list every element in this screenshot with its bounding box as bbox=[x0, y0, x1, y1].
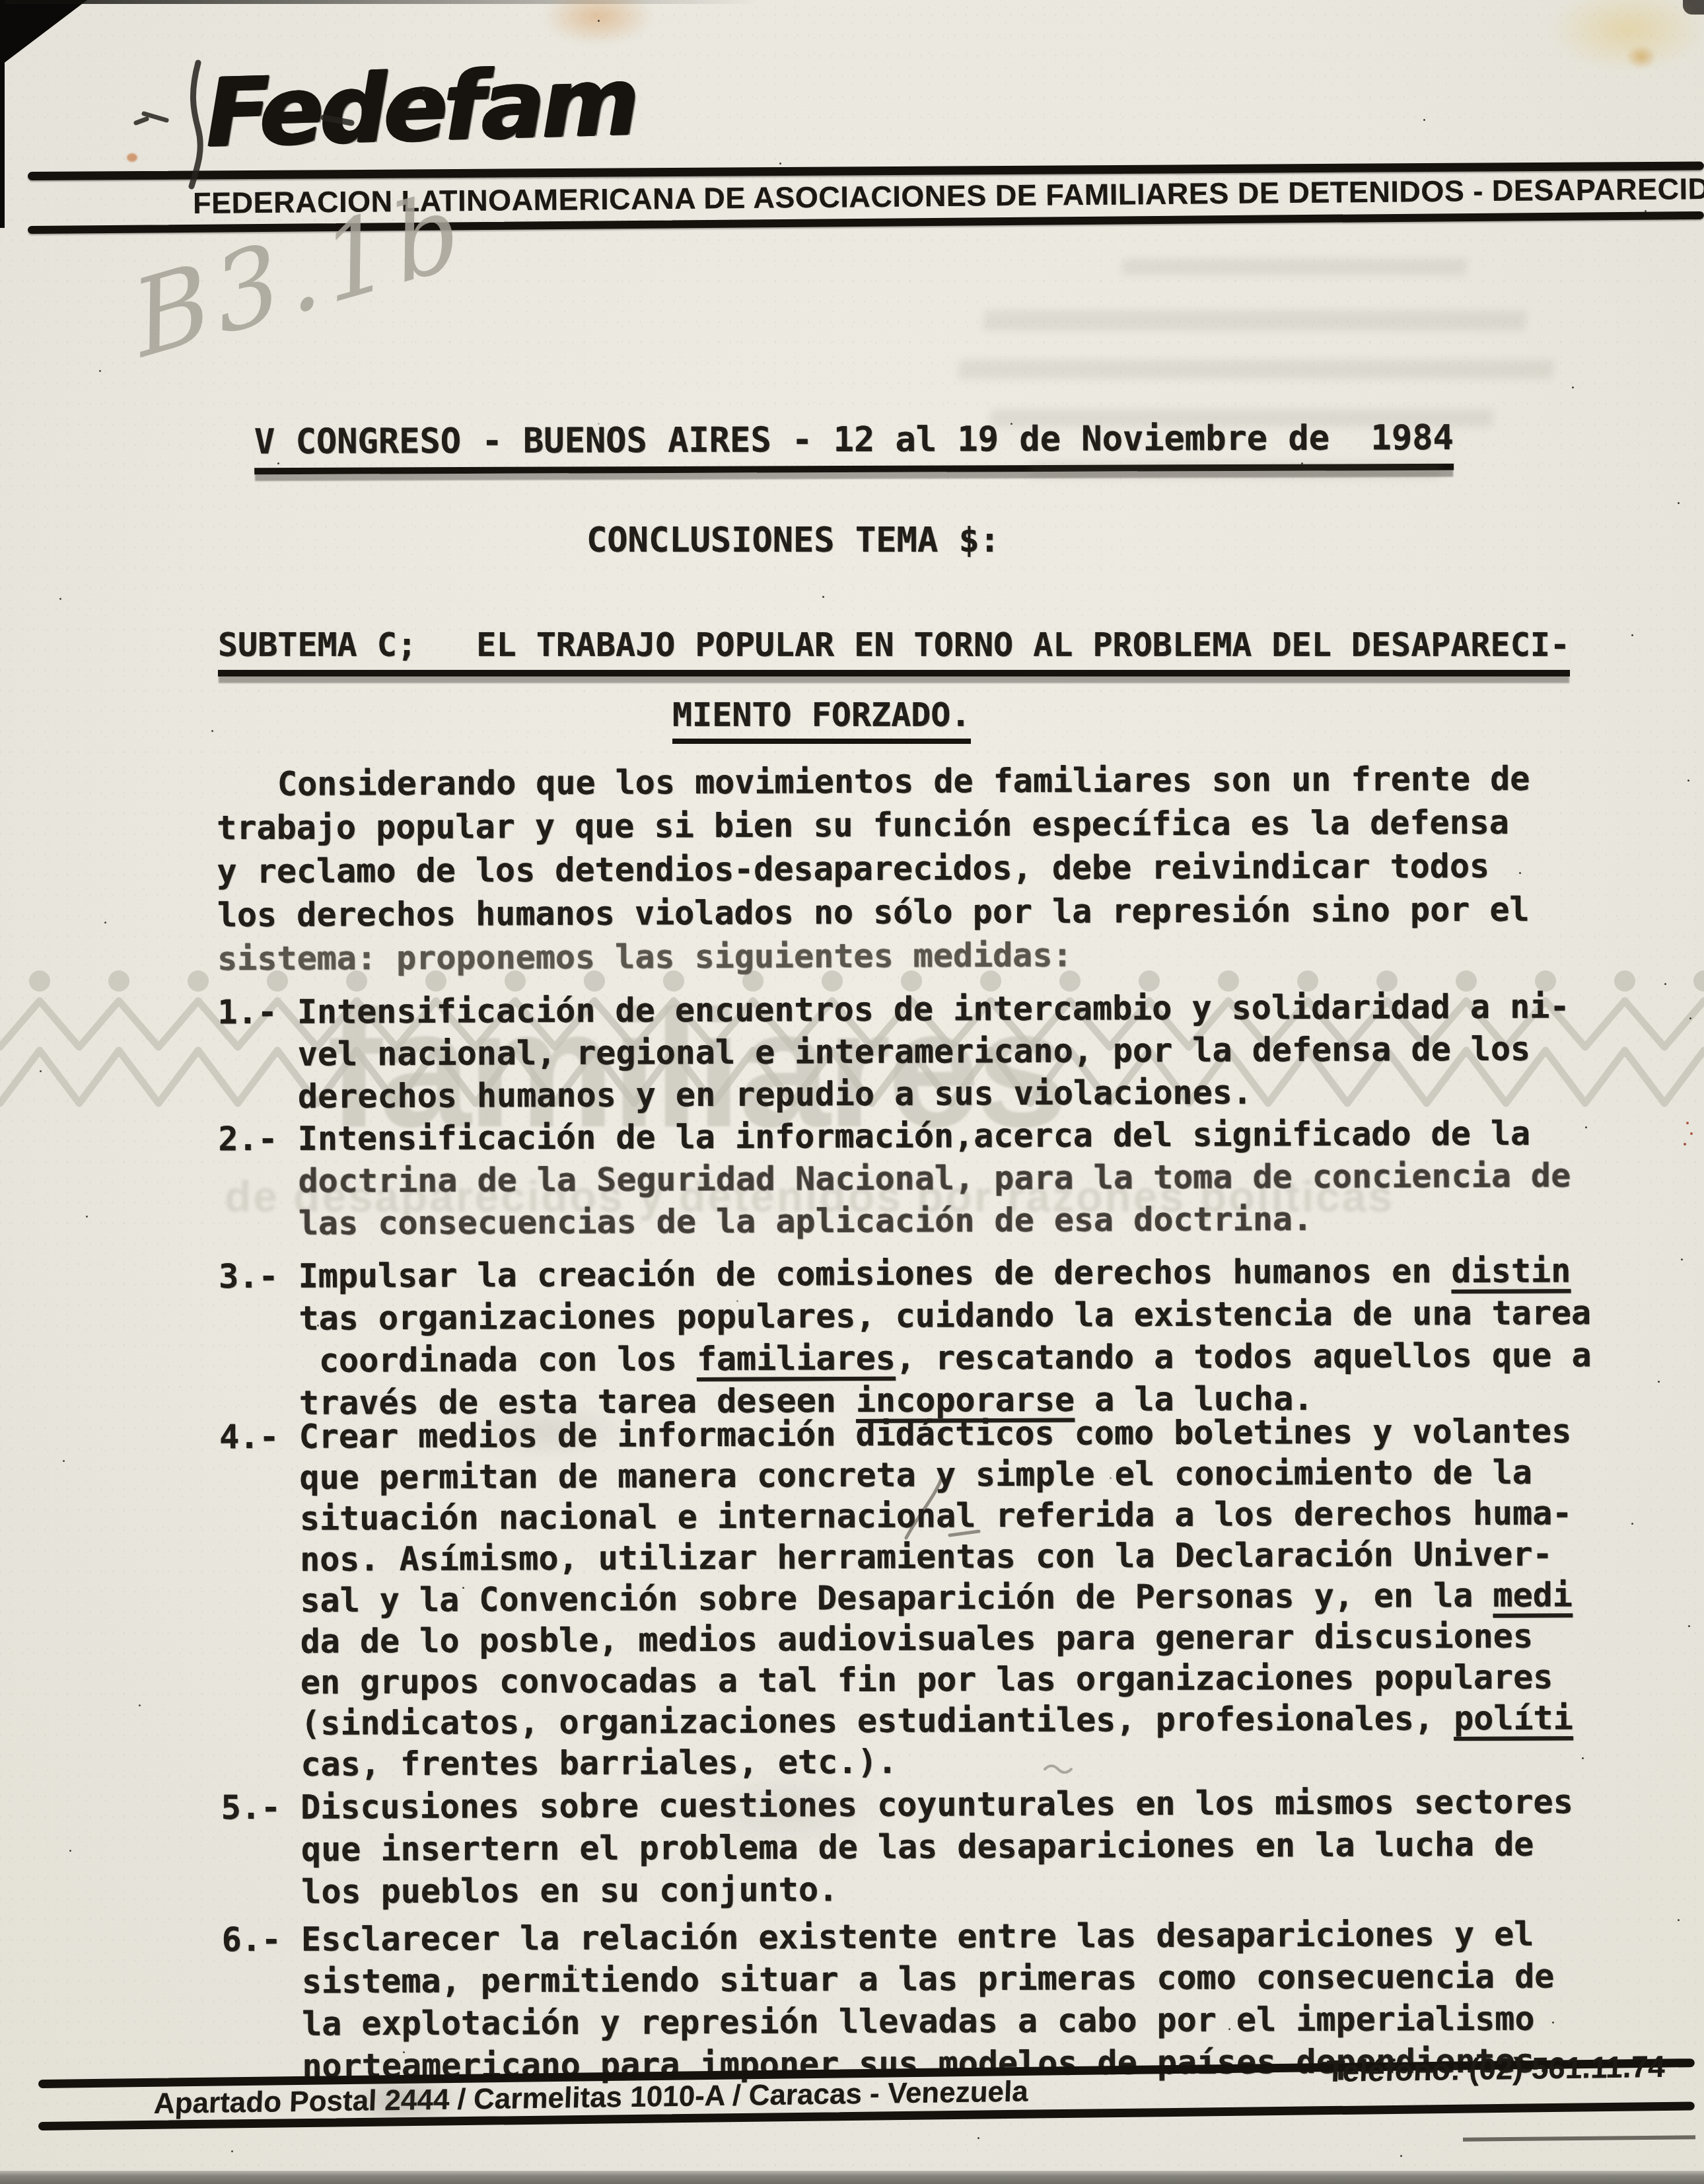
item-3-line: coordinada con los familiares, rescatand… bbox=[299, 1334, 1592, 1382]
scan-edge-bottom bbox=[0, 2171, 1704, 2184]
item-4-line: da de lo posble, medios audiovisuales pa… bbox=[300, 1615, 1573, 1661]
scanned-document-page: familiares de desaparecidos y detenidos … bbox=[0, 0, 1704, 2184]
item-4-line: cas, frentes barriales, etc.). bbox=[301, 1738, 1573, 1784]
bleedthrough-ghost-line bbox=[990, 410, 1493, 427]
item-1-line: 1.- Intensificación de encuentros de int… bbox=[297, 985, 1569, 1033]
item-2: 2.- Intensificación de la información,ac… bbox=[218, 1112, 1571, 1245]
item-2-line: 2.- Intensificación de la información,ac… bbox=[298, 1112, 1571, 1159]
item-1-line: derechos humanos y en repudio a sus viol… bbox=[298, 1070, 1570, 1117]
item-4-line: nos. Asímismo, utilizar herramientas con… bbox=[300, 1533, 1573, 1580]
small-stain-spot bbox=[1626, 45, 1656, 69]
item-4-line: sal y la Convención sobre Desaparición d… bbox=[300, 1574, 1573, 1620]
bleedthrough-ghost-line bbox=[983, 310, 1526, 330]
item-4-line: situación nacional e internacional refer… bbox=[300, 1492, 1573, 1539]
item-4-line: (sindicatos, organizaciones estudiantile… bbox=[301, 1697, 1573, 1743]
bleedthrough-ghost-line bbox=[1030, 462, 1440, 478]
item-5-line: los pueblos en su conjunto. bbox=[301, 1865, 1573, 1912]
footer-phone: Teléfono: (02) 561.11.74 bbox=[1326, 2049, 1666, 2089]
item-2-line: doctrina de la Seguridad Nacional, para … bbox=[298, 1154, 1571, 1202]
red-ink-specks bbox=[0, 0, 3, 3]
item-5-line: que insertern el problema de las desapar… bbox=[301, 1823, 1573, 1870]
item-5-line: 5.- Discusiones sobre cuestiones coyuntu… bbox=[301, 1780, 1573, 1828]
item-6-line: la explotación y represión llevadas a ca… bbox=[302, 1997, 1555, 2045]
item-6-line: 6.- Esclarecer la relación existente ent… bbox=[301, 1912, 1554, 1960]
item-3: 3.- Impulsar la creación de comisiones d… bbox=[219, 1249, 1592, 1424]
intro-line: sistema: proponemos las siguientes medid… bbox=[217, 931, 1531, 981]
item-4-line: que permitan de manera concreta y simple… bbox=[299, 1451, 1572, 1498]
item-4-line: 4.- Crear medios de información didáctic… bbox=[299, 1410, 1572, 1457]
item-4-line: en grupos convocadas a tal fin por las o… bbox=[301, 1656, 1573, 1702]
intro-line: trabajo popular y que si bien su función… bbox=[217, 801, 1530, 850]
bleedthrough-ghost-line bbox=[958, 360, 1554, 379]
item-1-line: vel nacional, regional e interamericano,… bbox=[298, 1027, 1570, 1075]
intro-line: los derechos humanos violados no sólo po… bbox=[217, 888, 1531, 937]
item-1: 1.- Intensificación de encuentros de int… bbox=[217, 985, 1570, 1118]
item-3-line: tas organizaciones populares, cuidando l… bbox=[299, 1292, 1591, 1340]
intro: Considerando que los movimientos de fami… bbox=[217, 757, 1531, 981]
orange-dot bbox=[127, 153, 137, 162]
item-3-line: 3.- Impulsar la creación de comisiones d… bbox=[299, 1249, 1591, 1297]
intro-line: Considerando que los movimientos de fami… bbox=[217, 757, 1530, 807]
item-2-line: las consecuencias de la aplicación de es… bbox=[299, 1196, 1571, 1244]
item-5: 5.- Discusiones sobre cuestiones coyuntu… bbox=[221, 1780, 1574, 1913]
intro-line: y reclamo de los detendios-desaparecidos… bbox=[217, 844, 1530, 894]
bleedthrough-ghost-line bbox=[1122, 259, 1467, 275]
scan-edge-left bbox=[0, 0, 5, 228]
item-4: 4.- Crear medios de información didáctic… bbox=[219, 1410, 1573, 1785]
item-6-line: sistema, permitiendo situar a las primer… bbox=[302, 1955, 1555, 2002]
